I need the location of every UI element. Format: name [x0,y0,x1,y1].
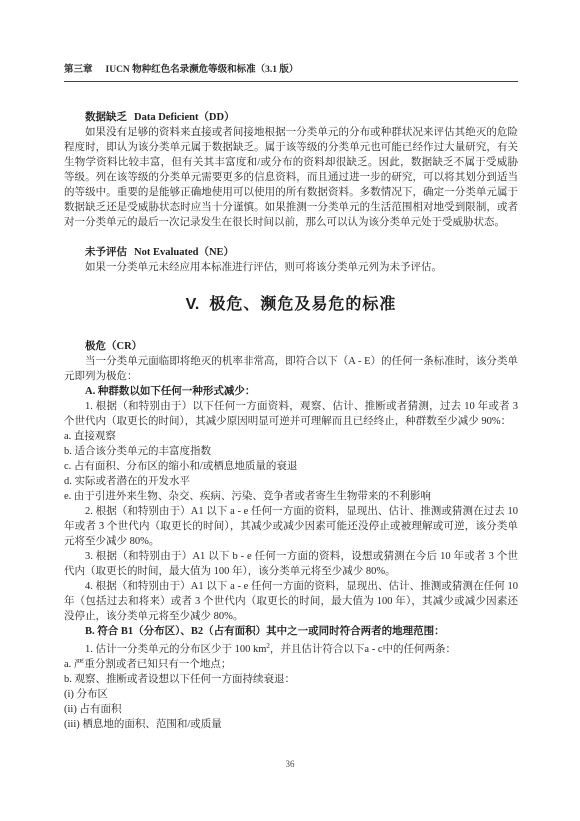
document-page: 第三章IUCN 物种红色名录濒危等级和标准（3.1 版） 数据缺乏Data De… [0,0,580,821]
page-header: 第三章IUCN 物种红色名录濒危等级和标准（3.1 版） [64,0,518,82]
list-item-b1-b: b. 观察、推断或者设想以下任何一方面持续衰退： [64,672,518,687]
paragraph-a2: 2. 根据（和特别由于）A1 以下 a - e 任何一方面的资料，显现出、估计、… [64,504,518,549]
list-item-a1-d: d. 实际或者潜在的开发水平 [64,474,518,489]
paragraph-a3: 3. 根据（和特别由于）A1 以下 b - e 任何一方面的资料，设想或猜测在今… [64,549,518,579]
header-chapter-label: 第三章 [64,65,93,75]
heading-not-evaluated-en: Not Evaluated（NE） [134,247,234,258]
list-item-a1-a: a. 直接观察 [64,429,518,444]
page-number: 36 [0,759,580,769]
header-title: IUCN 物种红色名录濒危等级和标准（3.1 版） [106,65,299,75]
heading-not-evaluated: 未予评估Not Evaluated（NE） [64,245,518,260]
paragraph-b1-pre: 1. 估计一分类单元的分布区少于 100 km [85,644,266,655]
paragraph-not-evaluated: 如果一分类单元未经应用本标准进行评估，则可将该分类单元列为未予评估。 [64,260,518,275]
paragraph-data-deficient: 如果没有足够的资料来直接或者间接地根据一分类单元的分布或种群状况来评估其绝灭的危… [64,125,518,230]
section-title: V.极危、濒危及易危的标准 [64,295,518,315]
paragraph-b1-post: ，并且估计符合以下a - c中的任何两条： [270,644,456,655]
heading-data-deficient-zh: 数据缺乏 [85,112,127,123]
list-item-b1-b-iii: (iii) 栖息地的面积、范围和/或质量 [64,717,518,732]
paragraph-a4: 4. 根据（和特别由于）A1 以下 a - e 任何一方面的资料，显现出、估计、… [64,579,518,624]
paragraph-cr-intro: 当一分类单元面临即将绝灭的机率非常高，即符合以下（A - E）的任何一条标准时，… [64,354,518,384]
list-item-b1-b-i: (i) 分布区 [64,687,518,702]
paragraph-a1: 1. 根据（和特别由于）以下任何一方面资料，观察、估计、推断或者猜测，过去 10… [64,399,518,429]
list-item-a1-e: e. 由于引进外来生物、杂交、疾病、污染、竞争者或者寄生生物带来的不利影响 [64,489,518,504]
list-item-a1-c: c. 占有面积、分布区的缩小和/或栖息地质量的衰退 [64,459,518,474]
section-title-numeral: V. [186,296,200,313]
heading-data-deficient: 数据缺乏Data Deficient（DD） [64,110,518,125]
section-title-text: 极危、濒危及易危的标准 [209,296,396,313]
criterion-a-line: A. 种群数以如下任何一种形式减少： [64,384,518,399]
heading-not-evaluated-zh: 未予评估 [85,247,127,258]
heading-critically-endangered: 极危（CR） [64,339,518,354]
paragraph-b1: 1. 估计一分类单元的分布区少于 100 km2，并且估计符合以下a - c中的… [64,639,518,657]
page-body: 数据缺乏Data Deficient（DD） 如果没有足够的资料来直接或者间接地… [64,110,518,732]
criterion-b-line: B. 符合 B1（分布区）、B2（占有面积）其中之一或同时符合两者的地理范围： [64,624,518,639]
list-item-b1-a: a. 严重分割或者已知只有一个地点； [64,657,518,672]
list-item-b1-b-ii: (ii) 占有面积 [64,702,518,717]
list-item-a1-b: b. 适合该分类单元的丰富度指数 [64,444,518,459]
heading-data-deficient-en: Data Deficient（DD） [134,112,235,123]
